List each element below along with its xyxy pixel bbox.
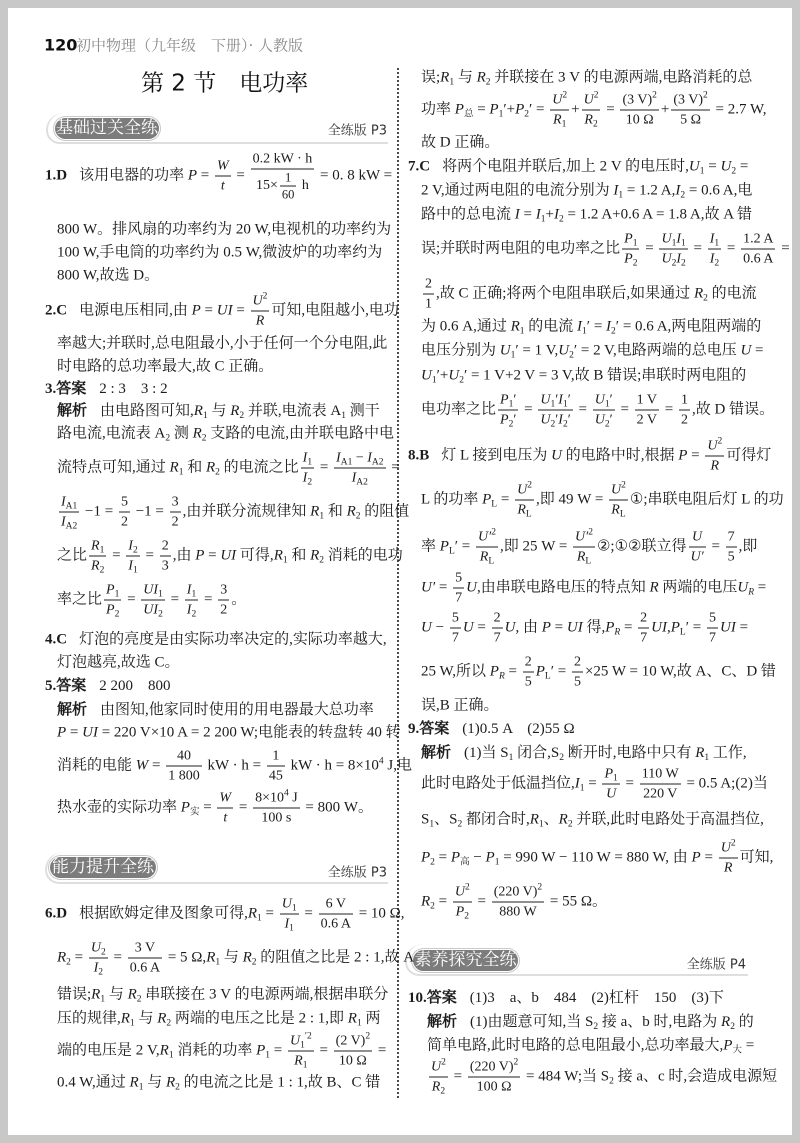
text: 接 a、c 时,会造成电源短 — [614, 1068, 777, 1084]
q9-line-3: S1、S2 都闭合时,R1、R2 并联,此时电路处于高温挡位, — [421, 811, 764, 830]
numerator: 3 — [170, 494, 181, 513]
text: 的电流之比是 1 : 1,故 B、C 错 — [180, 1075, 380, 1091]
text: ′ = 1 V, — [515, 343, 558, 359]
numerator: 1 V — [635, 392, 659, 411]
denominator: R2 — [582, 111, 601, 129]
q8-line-1: 8.B灯 L 接到电压为 U 的电路中时,根据 P = U2R可得灯 — [408, 438, 771, 475]
superscript: 2 — [621, 481, 626, 491]
math-var: R — [166, 1075, 175, 1091]
math-var: R — [243, 949, 252, 965]
text: 闭合,S — [513, 745, 559, 761]
math-var: UI — [567, 619, 583, 635]
fraction: UI1UI2 — [141, 582, 165, 619]
subscript: 1 — [633, 239, 638, 249]
superscript: 2 — [731, 839, 736, 849]
numerator: U2 — [515, 482, 534, 501]
math-var: R — [477, 70, 486, 86]
text: = — [742, 1038, 754, 1054]
denominator: 0.6 A — [319, 915, 353, 933]
text: = — [435, 579, 451, 595]
denominator: t — [217, 809, 233, 827]
math-var: P — [671, 619, 680, 635]
text: = — [575, 401, 591, 417]
denominator: 3 — [160, 557, 171, 575]
q7-line-4: 误;并联时两电阻的电功率之比P1P2 = U1I1U2I2 = I1I2 = 1… — [421, 231, 790, 268]
subscript: A2 — [372, 458, 384, 468]
text: 880 W — [499, 905, 536, 920]
subscript: 1 — [613, 774, 618, 784]
text: 7 — [455, 591, 462, 606]
text: 误,B 正确。 — [421, 698, 499, 714]
text: 2 V — [637, 413, 657, 428]
q3-line-4: IA1IA2 −1 = 52 −1 = 32,由并联分流规律知 R1 和 R2 … — [57, 494, 409, 531]
math-var: P — [490, 663, 499, 679]
fraction: 57 — [450, 610, 461, 647]
text: ′ = — [587, 319, 606, 335]
numerator: U1I1 — [659, 231, 687, 250]
math-var: P — [256, 1042, 265, 1058]
q2-line-3: 时电路的总功率最大,故 C 正确。 — [57, 358, 273, 377]
text: 电功率之比 — [421, 401, 496, 417]
math-var: R — [57, 949, 66, 965]
numerator: 2 — [572, 654, 583, 673]
denominator: RL — [573, 548, 595, 566]
fraction: U2R — [251, 293, 270, 330]
denominator: RL — [515, 501, 534, 519]
subscript: 2 — [100, 566, 105, 576]
text: 根据欧姆定律及图象可得, — [79, 905, 248, 921]
math-var: R — [310, 503, 319, 519]
text: = — [262, 905, 278, 921]
math-var: U — [455, 885, 465, 900]
subscript: 2 — [440, 1087, 445, 1097]
subscript: 1 — [300, 1041, 305, 1051]
document-page: 120 初中物理（九年级 下册）· 人教版 第 2 节 电功率 基础过关全练 全… — [0, 0, 800, 1143]
denominator: IA2 — [334, 469, 386, 487]
text: 110 W — [642, 767, 679, 782]
text: = — [233, 167, 249, 183]
text: 2 — [162, 539, 169, 554]
text: = — [199, 799, 215, 815]
text: 45 — [269, 769, 283, 784]
fraction: 6 V0.6 A — [319, 896, 353, 933]
denominator: I2 — [89, 959, 108, 977]
text: 5 — [455, 571, 462, 586]
text: 可知, — [740, 849, 774, 865]
math-var: P — [188, 167, 197, 183]
text: 3 — [220, 583, 227, 598]
fraction: P1′P2′ — [498, 392, 518, 429]
math-var: R — [194, 403, 203, 419]
text: ,由串联电路电压的特点知 — [477, 579, 650, 595]
text: 的电流 — [525, 319, 578, 335]
subscript: 2 — [158, 610, 163, 620]
text: 3 — [172, 495, 179, 510]
math-var: U′ — [478, 530, 491, 545]
text: 的 — [735, 1014, 754, 1030]
text: −1 = — [81, 503, 117, 519]
subscript: L — [488, 557, 494, 567]
text: = — [435, 849, 451, 865]
denominator: 45 — [267, 767, 285, 785]
question-number: 3. — [45, 381, 56, 397]
q10-line-2: 简单电路,此时电路的总电阻最小,总功率最大,P大 = — [427, 1037, 754, 1056]
fraction: 3 V0.6 A — [128, 940, 162, 977]
math-var: P — [536, 663, 545, 679]
text: + — [571, 101, 579, 117]
text: = — [705, 159, 721, 175]
fraction: IA1IA2 — [59, 494, 79, 531]
text: ②;①②联立得 — [597, 538, 687, 554]
subscript: L — [620, 510, 626, 520]
math-var: R — [649, 579, 658, 595]
answer-value: 2 : 3 3 : 2 — [99, 381, 167, 397]
fraction: 52 — [119, 494, 130, 531]
subscript: 1 — [100, 546, 105, 556]
answer-value: 2 200 800 — [99, 678, 170, 694]
text: = — [200, 591, 216, 607]
text: = 0.6 A,电 — [685, 183, 752, 199]
q7-line-3: 路中的总电流 I = I1+I2 = 1.2 A+0.6 A = 1.8 A,故… — [421, 206, 752, 225]
math-var: U′ — [421, 579, 435, 595]
math-var: U — [737, 579, 748, 595]
text: 电压分别为 — [421, 343, 500, 359]
section-page-ref: 全练版 P4 — [687, 954, 746, 973]
text: 1 800 — [168, 769, 200, 784]
math-var: U — [661, 252, 671, 267]
math-var: R — [348, 1011, 357, 1027]
fraction: I1I2 — [185, 582, 198, 619]
denominator: t — [215, 177, 231, 195]
q6-line-2: R2 = U2I2 = 3 V0.6 A = 5 Ω,R1 与 R2 的阻值之比… — [57, 940, 414, 977]
subscript: 2 — [633, 259, 638, 269]
text: ′ = — [455, 538, 474, 554]
text: = — [473, 101, 489, 117]
subscript: 2 — [191, 610, 196, 620]
denominator: P2 — [453, 903, 472, 921]
text: = — [148, 757, 164, 773]
text: = — [620, 619, 636, 635]
text: 压的规律, — [57, 1011, 121, 1027]
text: 和 — [183, 459, 206, 475]
text: 6 V — [326, 897, 346, 912]
text: = — [708, 538, 724, 554]
text: 将两个电阻并联后,加上 2 V 的电压时, — [442, 159, 689, 175]
text: 与 — [105, 987, 128, 1003]
denominator: 7 — [453, 589, 464, 607]
text: = — [723, 240, 739, 256]
math-var: U′ — [691, 550, 704, 565]
answer-label: 答案 — [427, 988, 457, 1006]
numerator: 3 V — [128, 940, 162, 959]
math-var: R — [347, 503, 356, 519]
fraction: (220 V)2100 Ω — [468, 1059, 520, 1096]
subscript: 大 — [732, 1046, 742, 1056]
text: 10 Ω — [626, 113, 654, 128]
question-number: 10. — [408, 990, 427, 1006]
numerator: U1′ — [593, 392, 615, 411]
fraction: U2R — [705, 438, 724, 475]
fraction: 8×104 J100 s — [253, 790, 300, 827]
fraction: (3 V)210 Ω — [620, 92, 658, 129]
text: = — [435, 893, 451, 909]
text: 该用电器的功率 — [79, 167, 188, 183]
fraction: U2RL — [515, 482, 534, 519]
subscript: 1 — [303, 1061, 308, 1071]
math-var: R — [711, 459, 720, 474]
text: ′ = 2 V,电路两端的总电压 — [574, 343, 741, 359]
text: 与 — [220, 949, 243, 965]
text: 两端的电压 — [659, 579, 738, 595]
text: ′ — [568, 413, 571, 428]
fraction: 57 — [453, 570, 464, 607]
fraction: U1′I1′U2′I2′ — [538, 392, 572, 429]
text: 1 — [425, 297, 432, 312]
text: = 484 W;当 S — [522, 1068, 609, 1084]
denominator: 7 — [450, 629, 461, 647]
numerator: P1 — [622, 231, 639, 250]
fraction: U2R — [719, 840, 738, 877]
text: 8×10 — [255, 791, 284, 806]
text: 15× — [256, 178, 278, 193]
text: = — [701, 849, 717, 865]
fraction: (2 V)210 Ω — [334, 1033, 372, 1070]
denominator: 7 — [707, 629, 718, 647]
text: ′ — [610, 393, 613, 408]
denominator: U2′ — [593, 411, 615, 429]
math-var: R — [310, 547, 319, 563]
math-var: U — [290, 1034, 300, 1049]
text: 由图知,他家同时使用的用电器最大总功率 — [100, 702, 374, 718]
text: = — [301, 905, 317, 921]
fraction: 0.2 kW · h15×160 h — [251, 151, 315, 202]
math-var: R — [157, 1011, 166, 1027]
text: −1 = — [132, 503, 168, 519]
fraction: UU′ — [689, 529, 706, 566]
denominator: I1 — [280, 915, 299, 933]
fraction: U1′U2′ — [593, 392, 615, 429]
subscript: 1 — [115, 590, 120, 600]
text: 800 W。排风扇的功率约为 20 W,电视机的功率约为 — [57, 222, 391, 238]
q9-line-4: P2 = P高 − P1 = 990 W − 110 W = 880 W, 由 … — [421, 840, 773, 877]
math-var: R — [440, 70, 449, 86]
superscript: 2 — [652, 91, 657, 101]
math-var: P — [486, 849, 495, 865]
text: 220 V — [643, 787, 677, 802]
text: L 的功率 — [421, 491, 482, 507]
numerator: 8×104 J — [253, 790, 300, 809]
text: 的电路中时,根据 — [562, 447, 678, 463]
text: 100 s — [261, 811, 291, 826]
numerator: I2 — [126, 538, 139, 557]
text: 此时电路处于低温挡位, — [421, 775, 575, 791]
text: 、 — [544, 812, 559, 828]
q8-line-5: U − 57U = 27U, 由 P = UI 得,PR = 27UI,PL′ … — [421, 610, 748, 647]
fraction: 27 — [638, 610, 649, 647]
q8-line-7: 误,B 正确。 — [421, 697, 499, 716]
q8-line-3: 率 PL′ = U′2RL,即 25 W = U′2RL②;①②联立得UU′ =… — [421, 529, 757, 566]
text: 2 — [494, 611, 501, 626]
subscript: 1 — [681, 239, 686, 249]
superscript: 2 — [527, 481, 532, 491]
fraction: 23 — [160, 538, 171, 575]
text: = 2.7 W, — [712, 101, 767, 117]
math-var: U — [517, 483, 527, 498]
fraction: 1 V2 V — [635, 392, 659, 429]
subscript: 1 — [133, 566, 138, 576]
denominator: P2 — [622, 250, 639, 268]
text: 2 — [525, 655, 532, 670]
math-var: U — [595, 393, 605, 408]
math-var: P — [624, 232, 633, 247]
text: = — [754, 579, 766, 595]
question-number: 6.D — [45, 905, 67, 921]
math-var: P — [106, 603, 115, 618]
denominator: R — [705, 457, 724, 475]
subscript: 2 — [115, 610, 120, 620]
text: 1 — [285, 171, 291, 185]
text: = — [622, 775, 638, 791]
denominator: 15×160 h — [251, 170, 315, 202]
math-var: U — [540, 393, 550, 408]
text: = — [201, 302, 217, 318]
math-var: R — [91, 559, 100, 574]
fraction: (3 V)25 Ω — [671, 92, 709, 129]
fraction: I2I1 — [126, 538, 139, 575]
numerator: U2 — [582, 92, 601, 111]
fraction: Wt — [217, 790, 233, 827]
q4-line-2: 灯泡越亮,故选 C。 — [57, 654, 180, 673]
q6-line-4: 压的规律,R1 与 R2 两端的电压之比是 2 : 1,即 R1 两 — [57, 1010, 380, 1029]
math-var: UI — [217, 302, 233, 318]
text: = 800 W。 — [302, 799, 373, 815]
math-var: UI — [143, 583, 158, 598]
math-var: U — [721, 841, 731, 856]
text: h — [298, 178, 309, 193]
q8-line-4: U′ = 57U,由串联电路电压的特点知 R 两端的电压UR = — [421, 570, 766, 607]
q7-line-1: 7.C将两个电阻并联后,加上 2 V 的电压时,U1 = U2 = — [408, 158, 748, 177]
text: 0.4 W,通过 — [57, 1075, 130, 1091]
math-var: P — [440, 538, 449, 554]
text: 误; — [421, 70, 440, 86]
math-var: U — [740, 343, 751, 359]
section-page-ref: 全练版 P3 — [328, 120, 387, 139]
text: 7 — [640, 631, 647, 646]
text: 2 — [172, 515, 179, 530]
numerator: 2 — [492, 610, 503, 629]
subscript: 2 — [464, 912, 469, 922]
subscript: 2 — [714, 259, 719, 269]
text: = — [617, 401, 633, 417]
subscript: 1 — [562, 120, 567, 130]
math-var: P — [692, 849, 701, 865]
q7-line-8: U1′+U2′ = 1 V+2 V = 3 V,故 B 错误;串联时两电阻的 — [421, 367, 746, 386]
text: ,故 D 错误。 — [692, 401, 774, 417]
math-var: P — [605, 619, 614, 635]
denominator: U2′I2′ — [538, 411, 572, 429]
superscript: 2 — [465, 883, 470, 893]
text: 100 W,手电筒的功率约为 0.5 W,微波炉的功率约为 — [57, 245, 382, 261]
denominator: P2 — [104, 601, 121, 619]
numerator: 2 — [638, 610, 649, 629]
text: 25 W,所以 — [421, 663, 490, 679]
text: (220 V) — [494, 885, 538, 900]
math-var: R — [721, 1014, 730, 1030]
denominator: R1 — [288, 1052, 314, 1070]
superscript: 2 — [562, 91, 567, 101]
analysis-label: 解析 — [57, 700, 87, 718]
q3-line-2: 路电流,电流表 A2 测 R2 支路的电流,由并联电路中电 — [57, 425, 394, 444]
math-var: R — [517, 503, 526, 518]
q1-line-4: 800 W,故选 D。 — [57, 267, 159, 286]
q9-answer-line: 9.答案(1)0.5 A (2)55 Ω — [408, 719, 575, 739]
fraction: 25 — [523, 654, 534, 691]
text: (3 V) — [673, 93, 703, 108]
denominator: R — [719, 859, 738, 877]
fraction: U′2RL — [573, 529, 595, 566]
text: (1)由题意可知,当 S — [470, 1014, 593, 1030]
text: ′ = — [686, 619, 705, 635]
math-var: R — [294, 1054, 303, 1069]
question-number: 7.C — [408, 159, 430, 175]
denominator: 0.6 A — [741, 250, 775, 268]
text: 和 — [288, 547, 311, 563]
math-var: U — [551, 447, 562, 463]
q3-line-6: 率之比P1P2 = UI1UI2 = I1I2 = 32。 — [57, 582, 246, 619]
text: = — [777, 240, 789, 256]
math-var: U — [552, 93, 562, 108]
numerator: (3 V)2 — [620, 92, 658, 111]
numerator: 3 — [218, 582, 229, 601]
fraction: 160 — [280, 171, 297, 202]
numerator: U′2 — [573, 529, 595, 548]
numerator: 1.2 A — [741, 231, 775, 250]
text: 0.6 A — [321, 917, 351, 932]
analysis-label: 解析 — [57, 401, 87, 419]
text: 与 — [454, 70, 477, 86]
text: = — [167, 591, 183, 607]
math-var: R — [274, 547, 283, 563]
text: 与 — [208, 403, 231, 419]
fraction: 21 — [423, 276, 434, 313]
text: = 990 W − 110 W = 880 W, 由 — [499, 849, 691, 865]
q9-line-5: R2 = U2P2 = (220 V)2880 W = 55 Ω。 — [421, 884, 607, 921]
superscript: 2 — [703, 91, 708, 101]
q3-answer-line: 3.答案2 : 3 3 : 2 — [45, 379, 168, 399]
q5-line-3: 消耗的电能 W = 401 800 kW · h = 145 kW · h = … — [57, 748, 412, 785]
text: = — [110, 949, 126, 965]
fraction: U1I1U2I2 — [659, 231, 687, 268]
text: 串联接在 3 V 的电源两端,根据串联分 — [142, 987, 389, 1003]
numerator: 5 — [453, 570, 464, 589]
math-var: U — [540, 413, 550, 428]
text: 率之比 — [57, 591, 102, 607]
denominator: RL — [609, 501, 628, 519]
q9-line-1: 解析(1)当 S1 闭合,S2 断开时,电路中只有 R1 工作, — [421, 743, 747, 763]
superscript: 2 — [263, 292, 268, 302]
numerator: 6 V — [319, 896, 353, 915]
fraction: U2R2 — [429, 1059, 448, 1096]
text: 端的电压是 2 V, — [57, 1042, 160, 1058]
fraction: 25 — [572, 654, 583, 691]
text: = 1.2 A, — [623, 183, 675, 199]
text: ′ — [513, 393, 516, 408]
numerator: U1′2 — [288, 1033, 314, 1052]
text: = — [505, 663, 521, 679]
math-var: UI — [220, 547, 236, 563]
text: 功率 — [421, 101, 455, 117]
text: 支路的电流,由并联电路中电 — [207, 426, 395, 442]
